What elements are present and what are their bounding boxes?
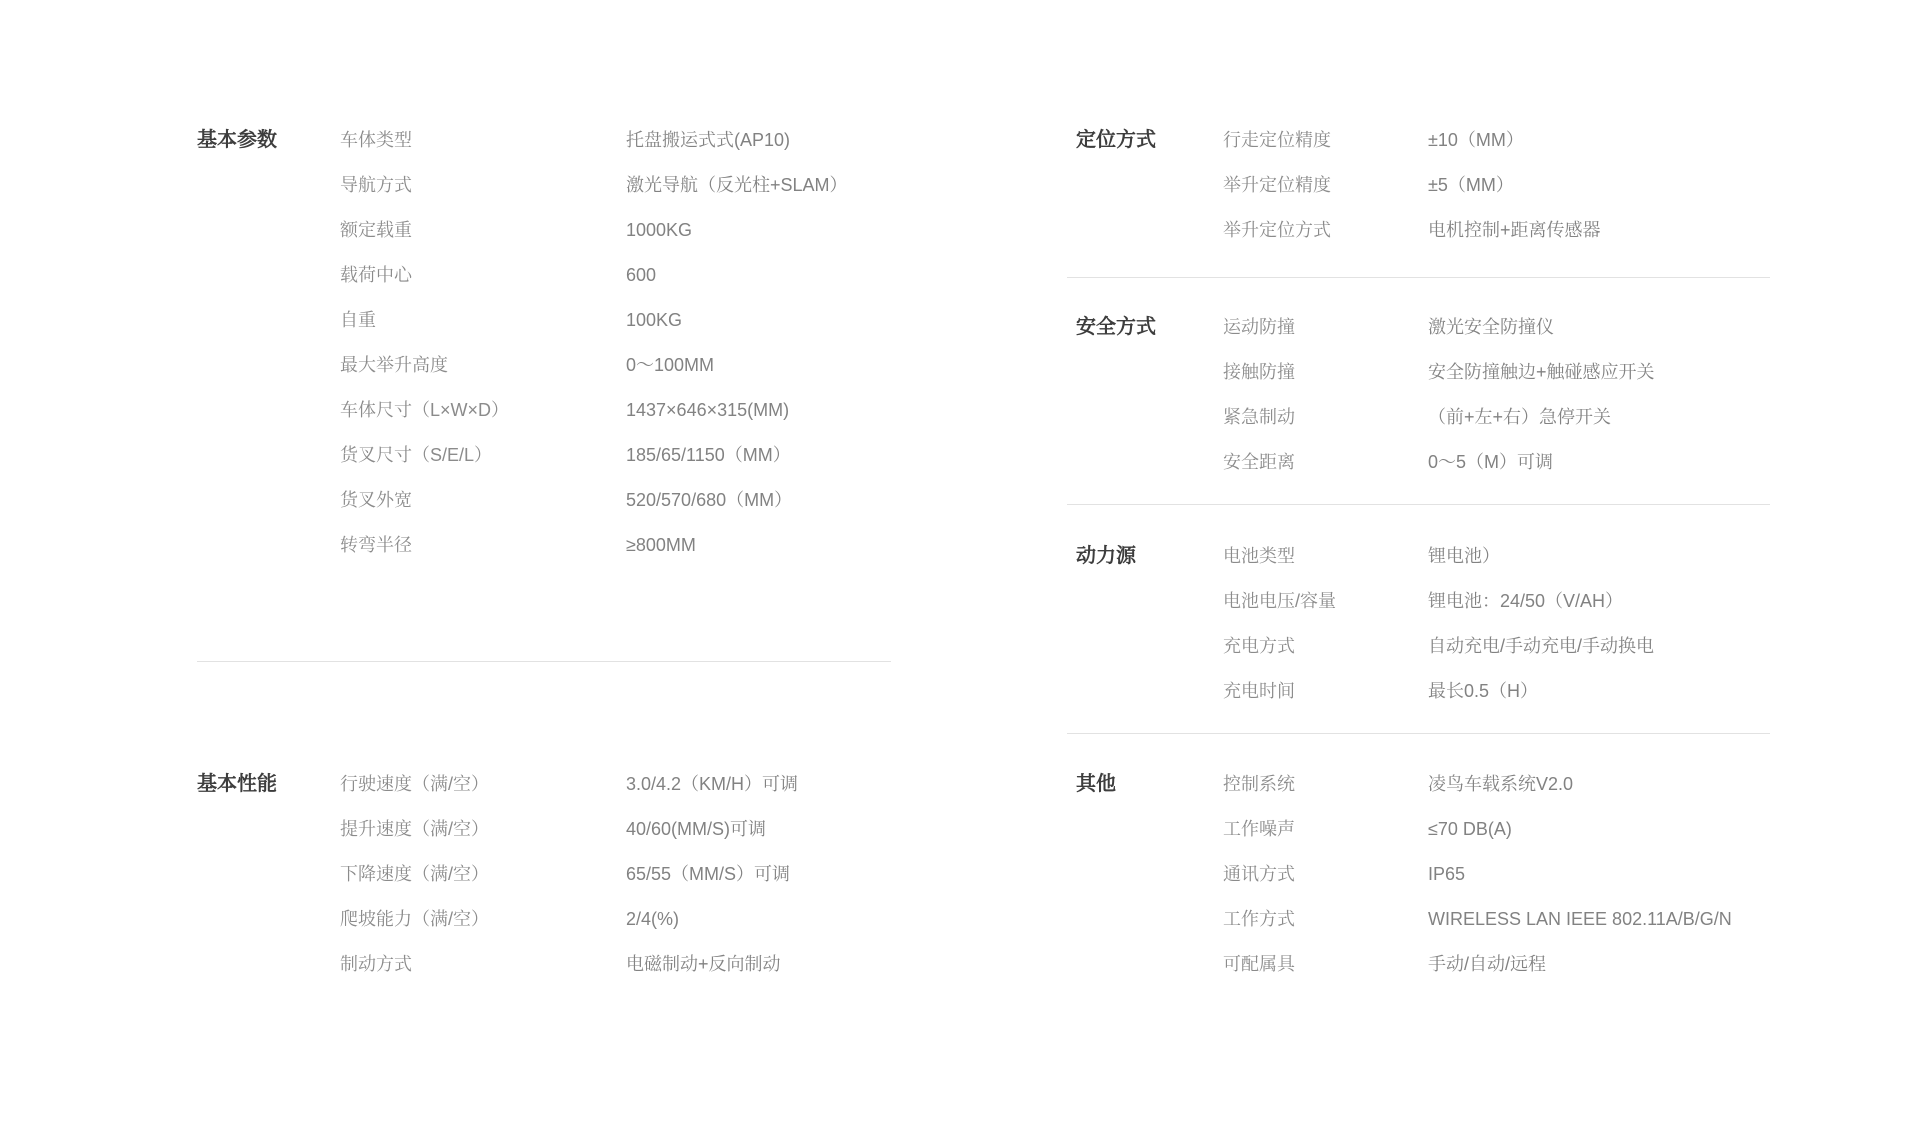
spec-value: ≥800MM: [626, 534, 696, 556]
section-title: 基本参数: [197, 129, 340, 151]
spec-row: 行走定位精度±10（MM）: [1223, 129, 1601, 174]
spec-row: 控制系统凌鸟车载系统V2.0: [1223, 773, 1732, 818]
spec-label: 货叉尺寸（S/E/L）: [340, 444, 626, 466]
section-divider: [1067, 733, 1770, 734]
spec-row: 接触防撞安全防撞触边+触碰感应开关: [1223, 361, 1655, 406]
spec-value: 600: [626, 264, 656, 286]
spec-value: 锂电池：24/50（V/AH）: [1428, 590, 1623, 612]
spec-row: 额定载重1000KG: [340, 219, 848, 264]
spec-value: 激光安全防撞仪: [1428, 316, 1554, 338]
spec-value: 托盘搬运式式(AP10): [626, 129, 790, 151]
section-divider: [1067, 277, 1770, 278]
spec-label: 充电时间: [1223, 680, 1428, 702]
section-divider: [197, 661, 891, 662]
spec-row: 举升定位精度±5（MM）: [1223, 174, 1601, 219]
spec-value: WIRELESS LAN IEEE 802.11A/B/G/N: [1428, 908, 1732, 930]
spec-label: 载荷中心: [340, 264, 626, 286]
spec-row: 举升定位方式电机控制+距离传感器: [1223, 219, 1601, 264]
spec-value: 手动/自动/远程: [1428, 953, 1546, 975]
section-positioning-method: 定位方式行走定位精度±10（MM）举升定位精度±5（MM）举升定位方式电机控制+…: [1076, 129, 1601, 264]
spec-label: 通讯方式: [1223, 863, 1428, 885]
spec-label: 紧急制动: [1223, 406, 1428, 428]
spec-label: 下降速度（满/空）: [340, 863, 626, 885]
spec-value: （前+左+右）急停开关: [1428, 406, 1611, 428]
spec-row: 电池电压/容量锂电池：24/50（V/AH）: [1223, 590, 1654, 635]
spec-value: 安全防撞触边+触碰感应开关: [1428, 361, 1655, 383]
spec-row: 车体类型托盘搬运式式(AP10): [340, 129, 848, 174]
spec-label: 举升定位精度: [1223, 174, 1428, 196]
spec-label: 电池类型: [1223, 545, 1428, 567]
spec-label: 提升速度（满/空）: [340, 818, 626, 840]
spec-value: ±5（MM）: [1428, 174, 1514, 196]
spec-label: 运动防撞: [1223, 316, 1428, 338]
spec-label: 工作方式: [1223, 908, 1428, 930]
spec-label: 控制系统: [1223, 773, 1428, 795]
spec-label: 货叉外宽: [340, 489, 626, 511]
spec-row: 充电方式自动充电/手动充电/手动换电: [1223, 635, 1654, 680]
spec-value: 185/65/1150（MM）: [626, 444, 791, 466]
spec-row: 提升速度（满/空）40/60(MM/S)可调: [340, 818, 798, 863]
spec-label: 导航方式: [340, 174, 626, 196]
section-basic-performance: 基本性能行驶速度（满/空）3.0/4.2（KM/H）可调提升速度（满/空）40/…: [197, 773, 798, 998]
spec-label: 举升定位方式: [1223, 219, 1428, 241]
spec-value: 1437×646×315(MM): [626, 399, 789, 421]
spec-label: 爬坡能力（满/空）: [340, 908, 626, 930]
spec-row: 电池类型锂电池）: [1223, 545, 1654, 590]
spec-value: 3.0/4.2（KM/H）可调: [626, 773, 798, 795]
spec-label: 充电方式: [1223, 635, 1428, 657]
spec-label: 电池电压/容量: [1223, 590, 1428, 612]
spec-value: IP65: [1428, 863, 1465, 885]
spec-label: 自重: [340, 309, 626, 331]
spec-label: 安全距离: [1223, 451, 1428, 473]
spec-label: 行走定位精度: [1223, 129, 1428, 151]
spec-value: 2/4(%): [626, 908, 679, 930]
spec-label: 接触防撞: [1223, 361, 1428, 383]
spec-row: 工作方式WIRELESS LAN IEEE 802.11A/B/G/N: [1223, 908, 1732, 953]
section-title: 安全方式: [1076, 316, 1223, 338]
spec-value: 520/570/680（MM）: [626, 489, 792, 511]
section-power-source: 动力源电池类型锂电池）电池电压/容量锂电池：24/50（V/AH）充电方式自动充…: [1076, 545, 1654, 725]
section-title: 其他: [1076, 773, 1223, 795]
spec-value: 自动充电/手动充电/手动换电: [1428, 635, 1654, 657]
spec-value: 凌鸟车载系统V2.0: [1428, 773, 1573, 795]
spec-value: 电机控制+距离传感器: [1428, 219, 1601, 241]
spec-row: 充电时间最长0.5（H）: [1223, 680, 1654, 725]
section-safety-method: 安全方式运动防撞激光安全防撞仪接触防撞安全防撞触边+触碰感应开关紧急制动（前+左…: [1076, 316, 1655, 496]
section-title: 定位方式: [1076, 129, 1223, 151]
spec-row: 爬坡能力（满/空）2/4(%): [340, 908, 798, 953]
section-divider: [1067, 504, 1770, 505]
spec-label: 额定载重: [340, 219, 626, 241]
section-basic-parameters: 基本参数车体类型托盘搬运式式(AP10)导航方式激光导航（反光柱+SLAM）额定…: [197, 129, 848, 579]
spec-value: 40/60(MM/S)可调: [626, 818, 766, 840]
spec-label: 工作噪声: [1223, 818, 1428, 840]
spec-row: 制动方式电磁制动+反向制动: [340, 953, 798, 998]
spec-label: 可配属具: [1223, 953, 1428, 975]
spec-row: 紧急制动（前+左+右）急停开关: [1223, 406, 1655, 451]
spec-row: 工作噪声≤70 DB(A): [1223, 818, 1732, 863]
spec-row: 可配属具手动/自动/远程: [1223, 953, 1732, 998]
spec-row: 运动防撞激光安全防撞仪: [1223, 316, 1655, 361]
spec-row: 货叉尺寸（S/E/L）185/65/1150（MM）: [340, 444, 848, 489]
spec-row: 最大举升高度0～100MM: [340, 354, 848, 399]
section-other: 其他控制系统凌鸟车载系统V2.0工作噪声≤70 DB(A)通讯方式IP65工作方…: [1076, 773, 1732, 998]
spec-sheet: 基本参数车体类型托盘搬运式式(AP10)导航方式激光导航（反光柱+SLAM）额定…: [0, 0, 1920, 1122]
spec-row: 安全距离0～5（M）可调: [1223, 451, 1655, 496]
spec-label: 最大举升高度: [340, 354, 626, 376]
spec-row: 下降速度（满/空）65/55（MM/S）可调: [340, 863, 798, 908]
spec-row: 车体尺寸（L×W×D）1437×646×315(MM): [340, 399, 848, 444]
spec-value: 65/55（MM/S）可调: [626, 863, 790, 885]
spec-value: 电磁制动+反向制动: [626, 953, 781, 975]
spec-label: 行驶速度（满/空）: [340, 773, 626, 795]
spec-row: 通讯方式IP65: [1223, 863, 1732, 908]
spec-value: ±10（MM）: [1428, 129, 1524, 151]
spec-row: 自重100KG: [340, 309, 848, 354]
spec-row: 转弯半径≥800MM: [340, 534, 848, 579]
section-title: 基本性能: [197, 773, 340, 795]
spec-row: 导航方式激光导航（反光柱+SLAM）: [340, 174, 848, 219]
spec-value: 100KG: [626, 309, 682, 331]
spec-row: 载荷中心600: [340, 264, 848, 309]
section-title: 动力源: [1076, 545, 1223, 567]
spec-label: 车体尺寸（L×W×D）: [340, 399, 626, 421]
spec-value: 1000KG: [626, 219, 692, 241]
spec-label: 制动方式: [340, 953, 626, 975]
spec-value: ≤70 DB(A): [1428, 818, 1512, 840]
spec-value: 0～5（M）可调: [1428, 451, 1553, 473]
spec-value: 0～100MM: [626, 354, 714, 376]
spec-value: 最长0.5（H）: [1428, 680, 1538, 702]
spec-value: 锂电池）: [1428, 545, 1500, 567]
spec-row: 行驶速度（满/空）3.0/4.2（KM/H）可调: [340, 773, 798, 818]
spec-row: 货叉外宽520/570/680（MM）: [340, 489, 848, 534]
spec-value: 激光导航（反光柱+SLAM）: [626, 174, 848, 196]
spec-label: 车体类型: [340, 129, 626, 151]
spec-label: 转弯半径: [340, 534, 626, 556]
